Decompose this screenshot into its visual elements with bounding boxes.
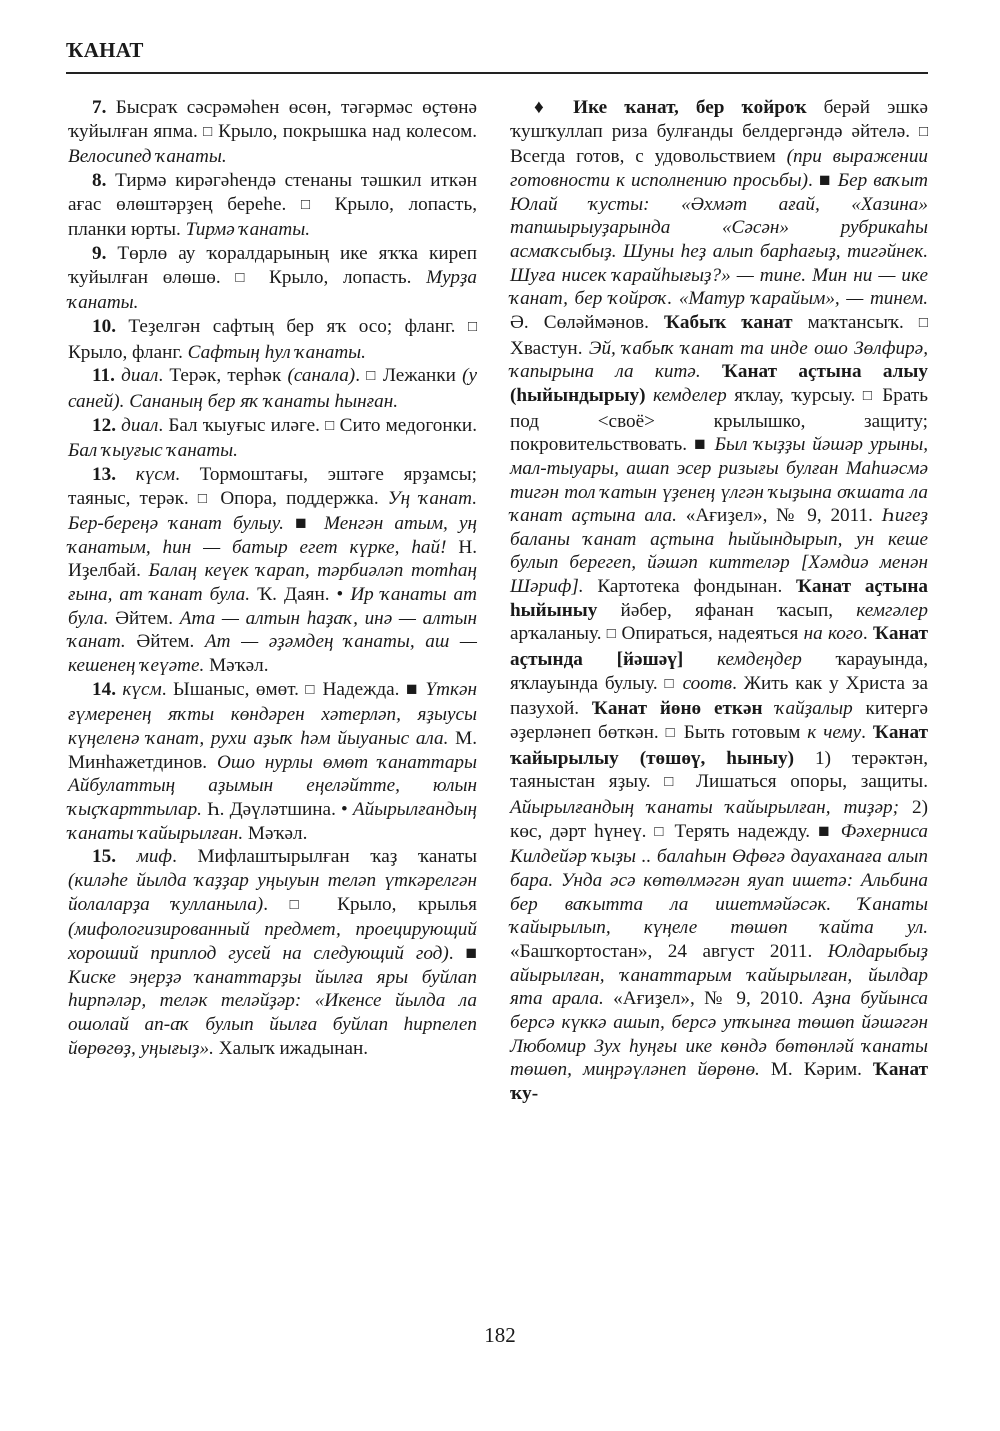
translation-marker-icon: □ [666,725,677,741]
body-text: . Терәк, терһәк [158,365,287,386]
body-text: . Мифлаштырылған ҡаҙ ҡанаты [172,846,477,867]
entry-number: 10. [92,316,116,337]
body-text: Терять надежду. ■ [667,821,841,842]
body-text: Лишать­ся опоры, защиты. [682,771,928,792]
body-text: . Ышаныс, өмөт. [162,679,306,700]
translation-marker-icon: □ [919,124,928,140]
translation-marker-icon: □ [301,197,320,213]
body-text: . [863,623,873,644]
body-text: Ә. Сөләймәнов. [510,312,664,333]
dictionary-entry: 11. диал. Терәк, терһәк (санала). □ Ле­ж… [68,364,477,413]
italic-text: Велосипед ҡанаты. [68,146,227,167]
italic-text: күсм [136,464,175,485]
entry-number: 7. [92,97,106,118]
dictionary-entry: 9. Төрлө ау ҡоралдарының ике яҡҡа ки­реп… [68,242,477,315]
headword-phrase: Ике ҡанат, бер ҡойроҡ [573,97,806,118]
italic-text: Айырылғандың ҡана­ты ҡайырылған, тиҙәр; [510,797,899,818]
body-text [701,361,722,382]
entry-number: 13. [92,464,116,485]
body-text: «Ағиҙел», № 9, 2011. [677,505,882,526]
translation-marker-icon: □ [654,824,666,840]
entry-number: 8. [92,170,106,191]
italic-text: (мифологизированный предмет, про­ецирующ… [68,919,477,964]
dictionary-entry: 14. күсм. Ышаныс, өмөт. □ Надежда. ■ Үтк… [68,678,477,846]
italic-text: Сафтың һул ҡа­наты. [188,342,366,363]
italic-text: миф [137,846,172,867]
italic-text: ҡайҙалыр [775,698,852,719]
body-text: Әйтем. [126,631,205,652]
body-text [683,649,717,670]
translation-marker-icon: □ [468,319,477,335]
dictionary-entry: 12. диал. Бал ҡыуғыс иләге. □ Сито ме­до… [68,414,477,463]
right-column: ♦ Ике ҡанат, бер ҡойроҡ берәй эшкә ҡушҡу… [510,96,928,1106]
body-text: Крыло, покрышка над колесом. [213,121,477,142]
body-text: «Башҡортостан», 24 август 2011. [510,941,828,962]
italic-text: диал [121,415,158,436]
body-text: Надежда. ■ [316,679,425,700]
header-rule [66,72,928,74]
translation-marker-icon: □ [235,270,254,286]
translation-marker-icon: □ [325,418,334,434]
page-number: 182 [0,1323,1000,1348]
body-text: Картотека фонды­нан. [584,576,796,597]
body-text: Всегда готов, с удовольстви­ем [510,146,787,167]
body-text [676,673,683,694]
italic-text: соотв [683,673,732,694]
dictionary-entry: 15. миф. Мифлаштырылған ҡаҙ ҡанаты (килә… [68,845,477,1060]
body-text: Теҙелгән сафтың бер яҡ осо; фланг. [116,316,468,337]
body-text: Крыло, лопасть. [254,267,426,288]
body-text: Хвастун. [510,338,589,359]
body-text: Мәҡәл. [243,823,307,844]
italic-text: диал [121,365,158,386]
entry-number: ♦ [534,97,556,118]
italic-text: Тирмә ҡанаты. [186,219,310,240]
dictionary-entry: ♦ Ике ҡанат, бер ҡойроҡ берәй эшкә ҡушҡу… [510,96,928,1106]
italic-text: к чему [807,722,861,743]
translation-marker-icon: □ [863,388,875,404]
body-text [116,464,136,485]
body-text: йәбер, яфанан ҡасып, [597,600,856,621]
body-text: . ■ [808,170,838,191]
body-text: . [355,365,366,386]
body-text: Ле­жанки [377,365,462,386]
body-text: Опираться, надеяться [616,623,803,644]
body-text: маҡ­тансыҡ. [793,312,919,333]
entry-number: 14. [92,679,116,700]
body-text: Быть готовым [677,722,807,743]
body-text [645,385,653,406]
headword-phrase: Ҡабыҡ ҡанат [664,312,793,333]
entry-number: 12. [92,415,116,436]
body-text: Мәҡәл. [204,655,268,676]
body-text: Халыҡ ижадынан. [214,1038,368,1059]
body-text: Һ. Дәүләтшина. • [202,799,353,820]
italic-text: күсм [122,679,161,700]
body-text: Әйтем. [108,608,179,629]
entry-number: 11. [92,365,115,386]
entry-number: 9. [92,243,106,264]
body-text: «Ағиҙел», № 9, 2010. [604,988,813,1009]
body-text [116,846,137,867]
dictionary-entry: 8. Тирмә кирәгәһендә стенаны тәшкил иткә… [68,169,477,242]
body-text: Крыло, крылья [316,894,477,915]
italic-text: кемдеңдер [717,649,802,670]
left-column: 7. Бысраҡ сәсрәмәһен өсөн, тәгәрмәс өҫтө… [68,96,477,1060]
body-text: арҡаланыу. [510,623,607,644]
translation-marker-icon: □ [665,676,676,692]
body-text: Ҡ. Даян. • [250,584,350,605]
body-text: яҡлау, ҡурсыу. [727,385,863,406]
translation-marker-icon: □ [607,626,617,642]
translation-marker-icon: □ [198,491,211,507]
body-text [763,698,776,719]
italic-text: кемделер [653,385,727,406]
body-text: . Бал ҡыуғыс иләге. [158,415,325,436]
body-text: Опора, поддержка. [211,488,388,509]
translation-marker-icon: □ [290,897,316,913]
italic-text: Бал ҡыуғыс ҡанаты. [68,440,238,461]
body-text: . ■ [449,943,477,964]
body-text: . [263,894,289,915]
dictionary-entry: 13. күсм. Тормоштағы, эштәге ярҙамсы; та… [68,463,477,678]
body-text [556,97,573,118]
translation-marker-icon: □ [203,124,213,140]
body-text: ■ [284,513,324,534]
headword-phrase: Ҡанат йөнө еткән [592,698,763,719]
translation-marker-icon: □ [366,368,376,384]
body-text: М. Кәрим. [760,1059,873,1080]
entry-number: 15. [92,846,116,867]
running-head: ҠАНАТ [66,38,144,63]
translation-marker-icon: □ [664,774,682,790]
translation-marker-icon: □ [305,682,316,698]
italic-text: кемгәлер [856,600,928,621]
translation-marker-icon: □ [919,315,928,331]
dictionary-entry: 10. Теҙелгән сафтың бер яҡ осо; фланг. □… [68,315,477,364]
body-text: Сито ме­догонки. [335,415,477,436]
italic-text: (санала) [287,365,355,386]
body-text: Крыло, фланг. [68,342,188,363]
body-text: . [861,722,873,743]
italic-text: на кого [804,623,863,644]
dictionary-entry: 7. Бысраҡ сәсрәмәһен өсөн, тәгәрмәс өҫтө… [68,96,477,169]
